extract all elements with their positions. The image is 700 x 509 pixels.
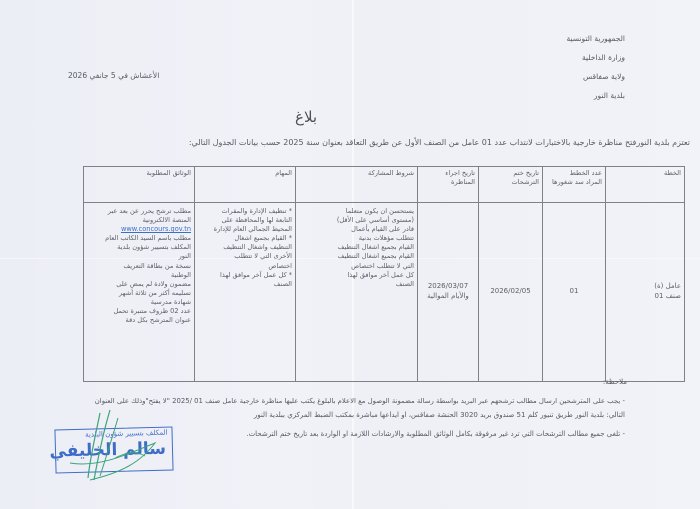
table-header-row: الخطة عدد الخطط المراد سد شغورها تاريخ خ…	[84, 167, 685, 203]
concours-portal-link[interactable]: www.concours.gov.tn	[87, 225, 191, 234]
notes-label: ملاحظة:	[603, 378, 627, 386]
cell-tasks: * تنظيف الإدارة والمقرات التابعة لها وال…	[195, 203, 296, 382]
header-conditions: شروط المشاركة	[296, 167, 418, 203]
document-title: بلاغ	[295, 108, 317, 126]
header-governorate: ولاية صفاقس	[583, 72, 625, 81]
table-row: عامل (ة) صنف 01 01 2026/02/05 2026/03/07…	[84, 203, 685, 382]
cell-deadline: 2026/02/05	[479, 203, 543, 382]
stamp-title: المكلف بتسيير شؤون البلدية	[85, 429, 168, 439]
header-documents: الوثائق المطلوبة	[84, 167, 195, 203]
cell-exam-date: 2026/03/07 والأيام الموالية	[418, 203, 479, 382]
place-and-date: الأعشاش في 5 جانفي 2026	[68, 71, 159, 80]
header-tasks: المهام	[195, 167, 296, 203]
title-text: بلاغ	[295, 108, 317, 126]
recruitment-table: الخطة عدد الخطط المراد سد شغورها تاريخ خ…	[83, 166, 685, 382]
cell-count: 01	[543, 203, 606, 382]
header-republic: الجمهورية التونسية	[566, 34, 625, 43]
intro-paragraph: تعتزم بلدية النورفتح مناظرة خارجية بالاخ…	[189, 138, 690, 147]
note-1-line-1: - يجب على المترشحين ارسال مطالب ترشحهم ع…	[95, 397, 625, 405]
note-2: - تلغى جميع مطالب الترشحات التي ترد غير …	[246, 430, 625, 438]
header-exam-date: تاريخ اجراء المناظرة	[418, 167, 479, 203]
cell-conditions: يستحسن ان يكون متعلما (مستوى أساسي على ا…	[296, 203, 418, 382]
header-count: عدد الخطط المراد سد شغورها	[543, 167, 606, 203]
note-1-line-2: التالي: بلدية النور طريق تنيور كلم 51 صن…	[254, 411, 625, 419]
header-post: الخطة	[606, 167, 685, 203]
header-ministry: وزارة الداخلية	[582, 53, 625, 62]
header-deadline: تاريخ ختم الترشحات	[479, 167, 543, 203]
cell-post: عامل (ة) صنف 01	[606, 203, 685, 382]
stamp-name: سالم الخليفي	[49, 439, 166, 462]
cell-documents: مطلب ترشح يحرر عن بعد عبر المنصة الالكتر…	[84, 203, 195, 382]
header-municipality: بلدية النور	[594, 91, 625, 100]
official-stamp: المكلف بتسيير شؤون البلدية سالم الخليفي	[54, 426, 173, 473]
